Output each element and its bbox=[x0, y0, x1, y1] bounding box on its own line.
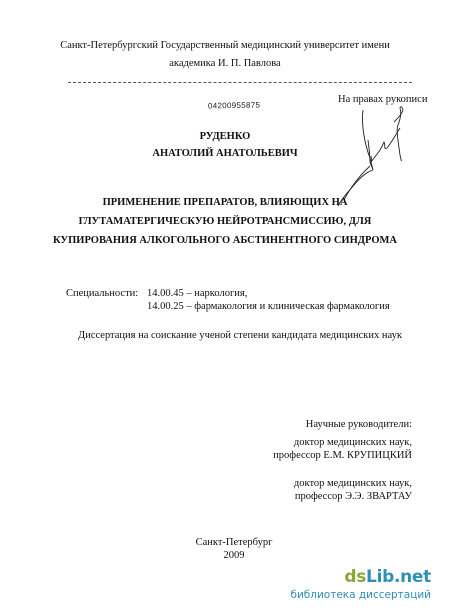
specialty-item: 14.00.25 – фармакология и клиническая фа… bbox=[147, 301, 390, 312]
advisors-label: Научные руководители: bbox=[306, 419, 412, 430]
handwritten-signature-icon bbox=[330, 100, 440, 210]
title-line-2: ГЛУТАМАТЕРГИЧЕСКУЮ НЕЙРОТРАНСМИССИЮ, ДЛЯ bbox=[0, 216, 450, 227]
logo-ds: ds bbox=[344, 567, 366, 587]
specialty-item: 14.00.45 – наркология, bbox=[147, 288, 247, 299]
specialties-label: Специальности: bbox=[66, 288, 138, 299]
advisor-degree: доктор медицинских наук, bbox=[294, 437, 412, 448]
city: Санкт-Петербург bbox=[0, 537, 450, 548]
dslib-logo: dsLib.net bbox=[344, 567, 431, 587]
year: 2009 bbox=[0, 550, 450, 561]
inventory-number: 04200955875 bbox=[208, 101, 260, 111]
dslib-subtitle: библиотека диссертаций bbox=[290, 589, 431, 601]
advisor-name: профессор Э.Э. ЗВАРТАУ bbox=[295, 491, 412, 502]
title-line-3: КУПИРОВАНИЯ АЛКОГОЛЬНОГО АБСТИНЕНТНОГО С… bbox=[0, 235, 450, 246]
dissertation-type: Диссертация на соискание ученой степени … bbox=[0, 330, 450, 341]
university-line-2: академика И. П. Павлова bbox=[0, 58, 450, 69]
advisor-degree: доктор медицинских наук, bbox=[294, 478, 412, 489]
logo-lib: Lib.net bbox=[366, 567, 431, 587]
advisor-name: профессор Е.М. КРУПИЦКИЙ bbox=[273, 450, 412, 461]
separator-dashed-line bbox=[68, 82, 412, 83]
university-line-1: Санкт-Петербургский Государственный меди… bbox=[0, 40, 450, 51]
